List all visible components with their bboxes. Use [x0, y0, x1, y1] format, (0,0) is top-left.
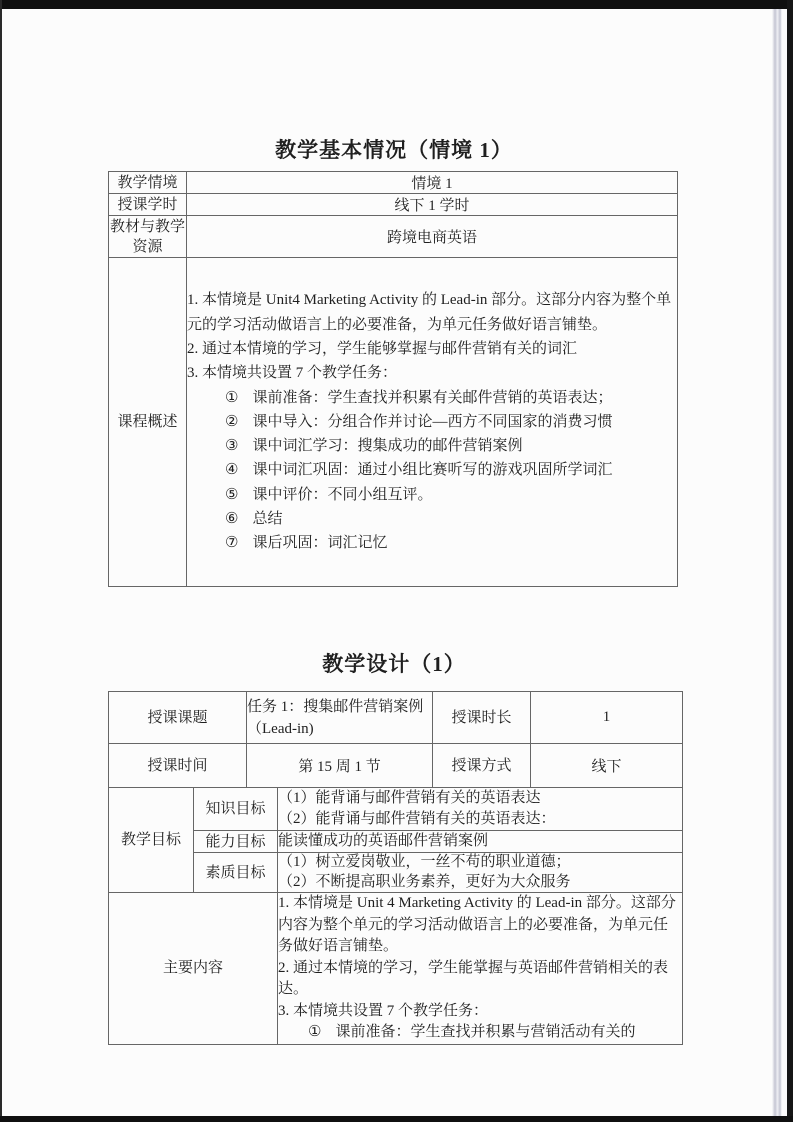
main-content-paragraph: 1. 本情境是 Unit 4 Marketing Activity 的 Lead… — [278, 893, 682, 958]
main-content-text: 1. 本情境是 Unit 4 Marketing Activity 的 Lead… — [278, 893, 683, 1045]
row-value-class-hours: 线下 1 学时 — [187, 194, 678, 216]
task-item: ① 课前准备：学生查找并积累与营销活动有关的 — [278, 1022, 682, 1044]
table-row: 素质目标 （1）树立爱岗敬业，一丝不苟的职业道德； （2）不断提高职业务素养，更… — [109, 853, 683, 893]
row-value-teaching-situation: 情境 1 — [187, 172, 678, 194]
table-row: 授课课题 任务 1：搜集邮件营销案例（Lead-in) 授课时长 1 — [109, 692, 683, 744]
task-number: ② — [225, 410, 238, 434]
task-item: ⑦ 课后巩固：词汇记忆 — [187, 531, 677, 555]
task-number: ⑥ — [225, 507, 238, 531]
task-item: ⑤ 课中评价：不同小组互评。 — [187, 483, 677, 507]
objective-line: （1）能背诵与邮件营销有关的英语表达 — [278, 788, 682, 809]
value-lesson-mode: 线下 — [531, 744, 683, 788]
label-teaching-objectives: 教学目标 — [109, 788, 194, 893]
value-lesson-time: 第 15 周 1 节 — [247, 744, 433, 788]
task-text: 课中评价：不同小组互评。 — [252, 483, 677, 507]
row-value-materials: 跨境电商英语 — [187, 216, 678, 258]
task-item: ③ 课中词汇学习：搜集成功的邮件营销案例 — [187, 434, 677, 458]
table-row: 教学情境 情境 1 — [109, 172, 678, 194]
task-item: ① 课前准备：学生查找并积累有关邮件营销的英语表达； — [187, 386, 677, 410]
label-lesson-topic: 授课课题 — [109, 692, 247, 744]
scan-edge-top — [0, 0, 793, 9]
scan-edge-right — [787, 0, 793, 1122]
task-text: 课前准备：学生查找并积累有关邮件营销的英语表达； — [252, 386, 677, 410]
task-text: 课中词汇学习：搜集成功的邮件营销案例 — [252, 434, 677, 458]
table-row: 教学目标 知识目标 （1）能背诵与邮件营销有关的英语表达 （2）能背诵与邮件营销… — [109, 788, 683, 831]
table-row: 能力目标 能读懂成功的英语邮件营销案例 — [109, 831, 683, 853]
task-item: ⑥ 总结 — [187, 507, 677, 531]
label-lesson-time: 授课时间 — [109, 744, 247, 788]
row-label-class-hours: 授课学时 — [109, 194, 187, 216]
label-ability-objective: 能力目标 — [194, 831, 278, 853]
task-number: ① — [225, 386, 238, 410]
task-number: ⑦ — [225, 531, 238, 555]
task-number: ④ — [225, 458, 238, 482]
objective-line: （1）树立爱岗敬业，一丝不苟的职业道德； — [278, 853, 682, 873]
task-text: 课前准备：学生查找并积累与营销活动有关的 — [335, 1022, 682, 1044]
overview-paragraph: 1. 本情境是 Unit4 Marketing Activity 的 Lead-… — [187, 288, 677, 337]
task-item: ④ 课中词汇巩固：通过小组比赛听写的游戏巩固所学词汇 — [187, 458, 677, 482]
task-text: 总结 — [252, 507, 677, 531]
design-header-table: 授课课题 任务 1：搜集邮件营销案例（Lead-in) 授课时长 1 授课时间 … — [108, 691, 683, 788]
task-text: 课后巩固：词汇记忆 — [252, 531, 677, 555]
label-knowledge-objective: 知识目标 — [194, 788, 278, 831]
overview-paragraph: 3. 本情境共设置 7 个教学任务： — [187, 361, 677, 385]
task-text: 课中导入：分组合作并讨论—西方不同国家的消费习惯 — [252, 410, 677, 434]
table-row: 主要内容 1. 本情境是 Unit 4 Marketing Activity 的… — [109, 893, 683, 1045]
task-number: ③ — [225, 434, 238, 458]
objective-line: （2）能背诵与邮件营销有关的英语表达： — [278, 809, 682, 830]
scan-edge-bottom — [0, 1116, 793, 1122]
row-label-materials: 教材与教学资源 — [109, 216, 187, 258]
main-content-paragraph: 3. 本情境共设置 7 个教学任务： — [278, 1001, 682, 1023]
table-row: 教材与教学资源 跨境电商英语 — [109, 216, 678, 258]
value-lesson-duration: 1 — [531, 692, 683, 744]
value-lesson-topic: 任务 1：搜集邮件营销案例（Lead-in) — [247, 692, 433, 744]
label-main-content: 主要内容 — [109, 893, 278, 1045]
scanned-document-page: 教学基本情况（情境 1） 教学情境 情境 1 授课学时 线下 1 学时 教材与教… — [0, 0, 793, 1122]
quality-objective-content: （1）树立爱岗敬业，一丝不苟的职业道德； （2）不断提高职业务素养，更好为大众服… — [278, 853, 683, 893]
task-text: 课中词汇巩固：通过小组比赛听写的游戏巩固所学词汇 — [252, 458, 677, 482]
page-fold-shadow — [772, 9, 782, 1116]
section-title-basic-info: 教学基本情况（情境 1） — [108, 134, 680, 164]
table-row: 授课学时 线下 1 学时 — [109, 194, 678, 216]
label-lesson-mode: 授课方式 — [433, 744, 531, 788]
objective-line: （2）不断提高职业务素养，更好为大众服务 — [278, 873, 682, 893]
row-label-teaching-situation: 教学情境 — [109, 172, 187, 194]
section-title-teaching-design: 教学设计（1） — [108, 648, 680, 678]
ability-objective-content: 能读懂成功的英语邮件营销案例 — [278, 831, 683, 853]
label-lesson-duration: 授课时长 — [433, 692, 531, 744]
task-number: ① — [308, 1022, 321, 1044]
table-row: 授课时间 第 15 周 1 节 授课方式 线下 — [109, 744, 683, 788]
course-overview-content: 1. 本情境是 Unit4 Marketing Activity 的 Lead-… — [187, 258, 678, 587]
row-label-course-overview: 课程概述 — [109, 258, 187, 587]
task-item: ② 课中导入：分组合作并讨论—西方不同国家的消费习惯 — [187, 410, 677, 434]
label-quality-objective: 素质目标 — [194, 853, 278, 893]
main-content-paragraph: 2. 通过本情境的学习，学生能掌握与英语邮件营销相关的表达。 — [278, 958, 682, 1001]
objectives-table: 教学目标 知识目标 （1）能背诵与邮件营销有关的英语表达 （2）能背诵与邮件营销… — [108, 787, 683, 893]
table-row: 课程概述 1. 本情境是 Unit4 Marketing Activity 的 … — [109, 258, 678, 587]
overview-paragraph: 2. 通过本情境的学习，学生能够掌握与邮件营销有关的词汇 — [187, 337, 677, 361]
teaching-design-table: 授课课题 任务 1：搜集邮件营销案例（Lead-in) 授课时长 1 授课时间 … — [108, 691, 683, 1045]
task-number: ⑤ — [225, 483, 238, 507]
main-content-table: 主要内容 1. 本情境是 Unit 4 Marketing Activity 的… — [108, 892, 683, 1045]
scan-edge-left — [0, 0, 2, 1122]
knowledge-objective-content: （1）能背诵与邮件营销有关的英语表达 （2）能背诵与邮件营销有关的英语表达： — [278, 788, 683, 831]
basic-info-table: 教学情境 情境 1 授课学时 线下 1 学时 教材与教学资源 跨境电商英语 课程… — [108, 171, 678, 587]
